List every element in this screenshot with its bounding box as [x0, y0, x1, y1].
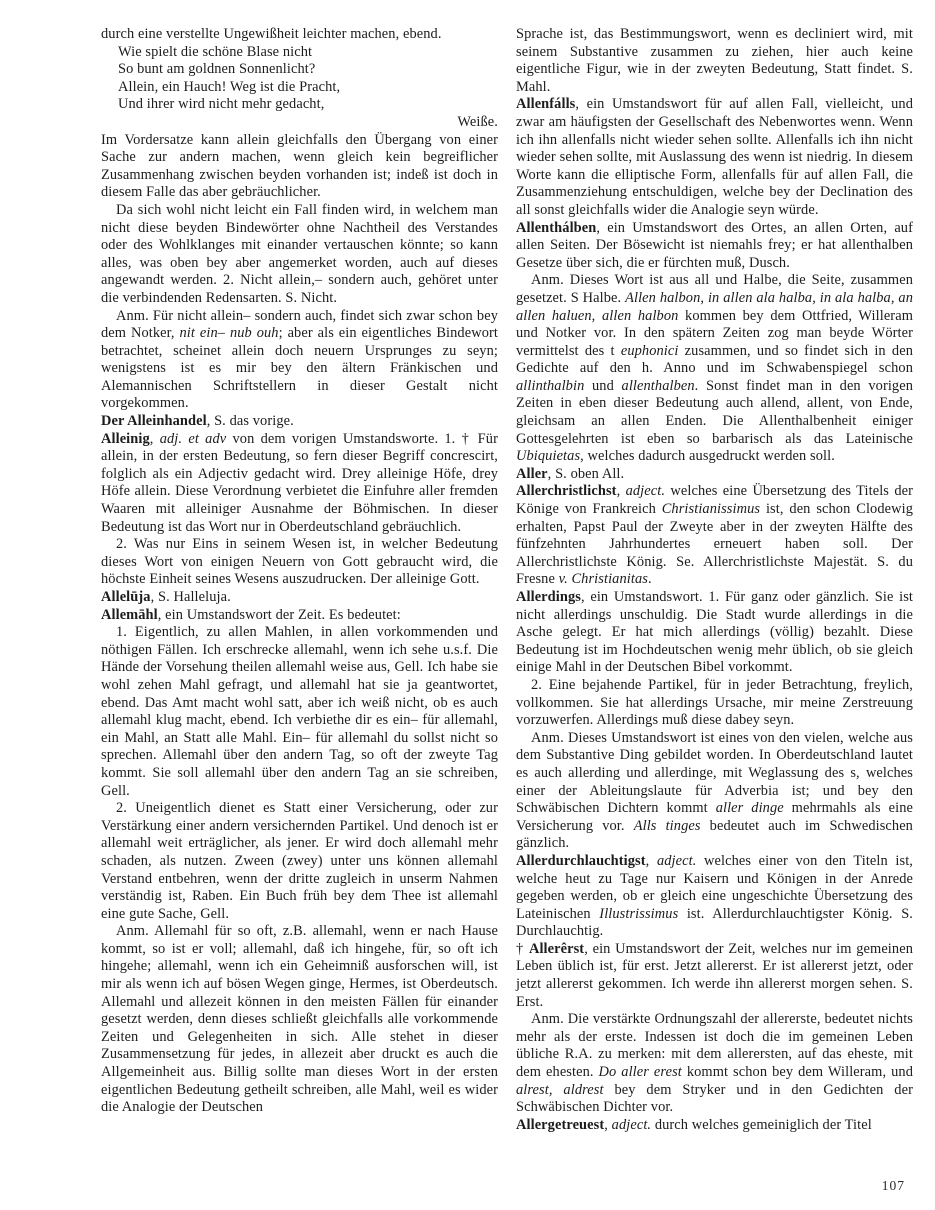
paragraph-allererst-anm: Anm. Die verstärkte Ordnungszahl der all… [516, 1011, 913, 1117]
paragraph-alleinig-2: 2. Was nur Eins in seinem Wesen ist, in … [101, 536, 498, 589]
dictionary-page: durch eine verstellte Ungewißheit leicht… [0, 0, 935, 1210]
entry-alleinig: Alleinig, adj. et adv von dem vorigen Um… [101, 431, 498, 537]
entry-allererst: † Allerêrst, ein Umstandswort der Zeit, … [516, 941, 913, 1011]
text-columns: durch eine verstellte Ungewißheit leicht… [101, 26, 913, 1134]
paragraph-allemahl-2: 2. Uneigentlich dienet es Statt einer Ve… [101, 800, 498, 923]
entry-allenfalls: Allenfálls, ein Umstandswort für auf all… [516, 96, 913, 219]
entry-allemahl: Allemāhl, ein Umstandswort der Zeit. Es … [101, 607, 498, 625]
entry-allerchristlichst: Allerchristlichst, adject. welches eine … [516, 483, 913, 589]
poem-line: Allein, ein Hauch! Weg ist die Pracht, [118, 79, 498, 97]
paragraph-allemahl-1: 1. Eigentlich, zu allen Mahlen, in allen… [101, 624, 498, 800]
entry-alleluja: Allelūja, S. Halleluja. [101, 589, 498, 607]
paragraph-allerdings-2: 2. Eine bejahende Partikel, für in jeder… [516, 677, 913, 730]
poem-line: So bunt am goldnen Sonnenlicht? [118, 61, 498, 79]
continuation-text: durch eine verstellte Ungewißheit leicht… [101, 26, 498, 44]
entry-aller: Aller, S. oben All. [516, 466, 913, 484]
poem-line: Und ihrer wird nicht mehr gedacht, [118, 96, 498, 114]
paragraph-allemahl-anm: Anm. Allemahl für so oft, z.B. allemahl,… [101, 923, 498, 1117]
continuation-text: Sprache ist, das Bestimmungswort, wenn e… [516, 26, 913, 96]
page-number: 107 [882, 1178, 905, 1194]
left-column: durch eine verstellte Ungewißheit leicht… [101, 26, 498, 1134]
entry-allenthalben: Allenthálben, ein Umstandswort des Ortes… [516, 220, 913, 273]
entry-allerdurchlauchtigst: Allerdurchlauchtigst, adject. welches ei… [516, 853, 913, 941]
entry-allergetreuest: Allergetreuest, adject. durch welches ge… [516, 1117, 913, 1135]
paragraph-allenthalben-anm: Anm. Dieses Wort ist aus all und Halbe, … [516, 272, 913, 466]
poem-attribution: Weiße. [101, 114, 498, 132]
right-column: Sprache ist, das Bestimmungswort, wenn e… [516, 26, 913, 1134]
paragraph-anmerkung-allein: Anm. Für nicht allein– sondern auch, fin… [101, 308, 498, 414]
poem-line: Wie spielt die schöne Blase nicht [118, 44, 498, 62]
entry-alleinhandel: Der Alleinhandel, S. das vorige. [101, 413, 498, 431]
paragraph-vordersatz: Im Vordersatze kann allein gleichfalls d… [101, 132, 498, 202]
paragraph-bindewoerter: Da sich wohl nicht leicht ein Fall finde… [101, 202, 498, 308]
paragraph-allerdings-anm: Anm. Dieses Umstandswort ist eines von d… [516, 730, 913, 853]
entry-allerdings: Allerdings, ein Umstandswort. 1. Für gan… [516, 589, 913, 677]
